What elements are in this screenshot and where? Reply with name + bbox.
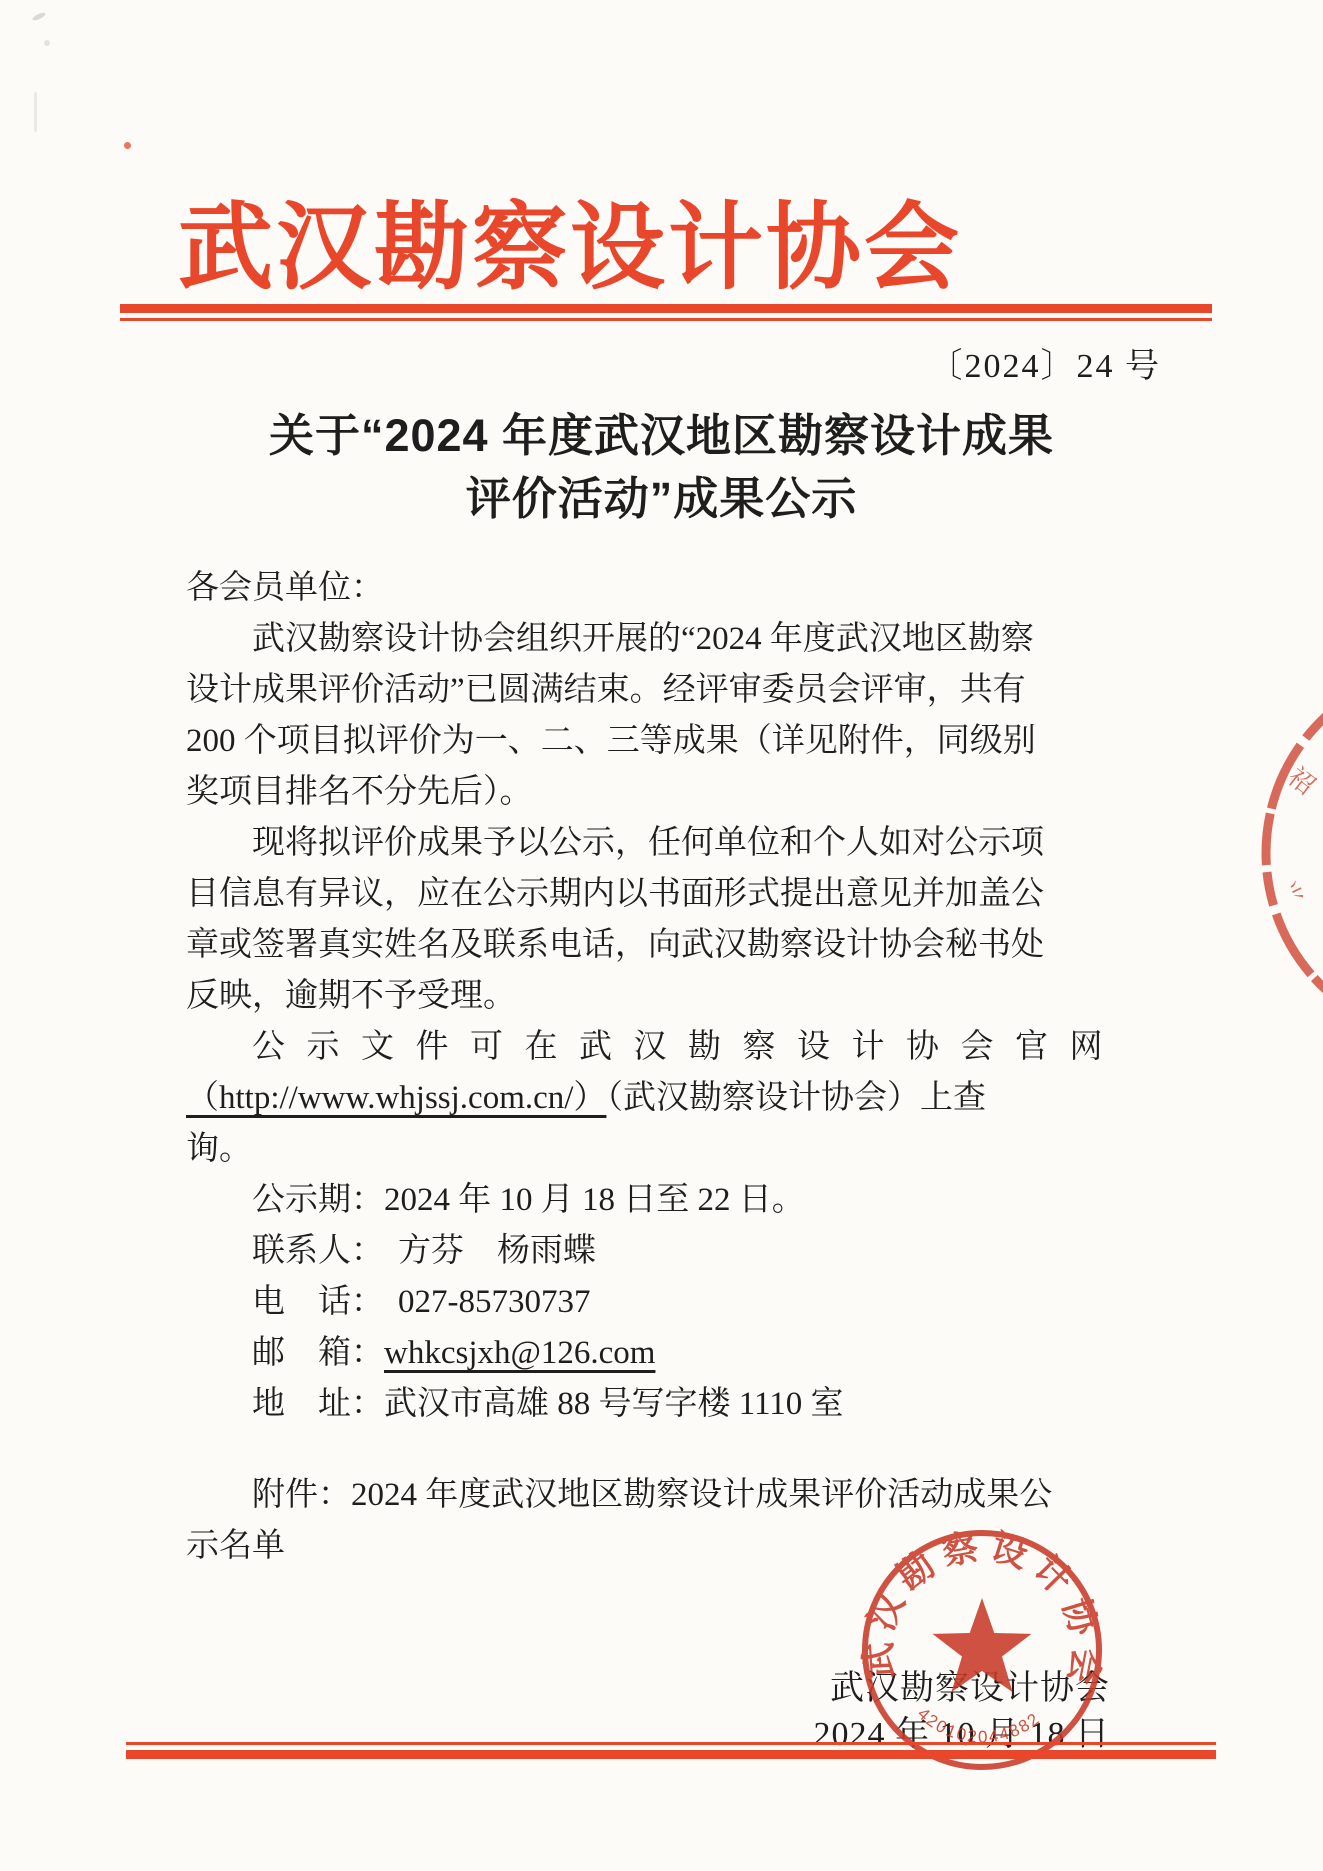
address-line: 地 址：武汉市高雄 88 号写字楼 1110 室 xyxy=(186,1379,1138,1430)
contact-person-label: 联系人： xyxy=(252,1233,384,1269)
website-line-rest: （武汉勘察设计协会）上查 xyxy=(606,1080,986,1116)
partial-seal-stamp: 祒 ⺌ xyxy=(1200,668,1323,1028)
body-line: 反映，逾期不予受理。 xyxy=(186,971,1138,1022)
seal-number: 420102044882 xyxy=(914,1704,1044,1747)
letterhead-rule-thin xyxy=(120,318,1212,321)
email-link[interactable]: whkcsjxh@126.com xyxy=(384,1335,655,1371)
body-line: 目信息有异议，应在公示期内以书面形式提出意见并加盖公 xyxy=(186,869,1138,920)
phone-line: 电 话：027-85730737 xyxy=(186,1277,1138,1328)
address-value: 武汉市高雄 88 号写字楼 1110 室 xyxy=(384,1386,844,1422)
scan-speck xyxy=(34,92,37,132)
footer-rule-thick xyxy=(126,1750,1216,1759)
body-line: 200 个项目拟评价为一、二、三等成果（详见附件，同级别 xyxy=(186,716,1138,767)
body-line-website: （http://www.whjssj.com.cn/）（武汉勘察设计协会）上查 xyxy=(186,1073,1138,1124)
body-line: 设计成果评价活动”已圆满结束。经评审委员会评审，共有 xyxy=(186,665,1138,716)
address-label: 地 址： xyxy=(252,1386,384,1422)
doc-title: 关于“2024 年度武汉地区勘察设计成果 评价活动”成果公示 xyxy=(0,404,1323,530)
scanned-document-page: 武汉勘察设计协会 〔2024〕24 号 关于“2024 年度武汉地区勘察设计成果… xyxy=(0,0,1323,1871)
email-label: 邮 箱： xyxy=(252,1335,384,1371)
body-line: 询。 xyxy=(186,1124,1138,1175)
doc-title-line1: 关于“2024 年度武汉地区勘察设计成果 xyxy=(0,404,1323,467)
body-line: 章或签署真实姓名及联系电话，向武汉勘察设计协会秘书处 xyxy=(186,920,1138,971)
email-line: 邮 箱：whkcsjxh@126.com xyxy=(186,1328,1138,1379)
scan-speck xyxy=(44,40,50,46)
body-line: 武汉勘察设计协会组织开展的“2024 年度武汉地区勘察 xyxy=(186,614,1138,665)
body-line-justified: 公示文件可在武汉勘察设计协会官网 xyxy=(186,1022,1138,1073)
phone-label: 电 话： xyxy=(252,1284,384,1320)
seal-star-icon xyxy=(933,1598,1032,1692)
partial-seal-glyph: ⺌ xyxy=(1273,877,1308,910)
letterhead-org-title: 武汉勘察设计协会 xyxy=(178,172,962,308)
letterhead-rule-thick xyxy=(120,304,1212,313)
scan-speck xyxy=(32,11,47,21)
scan-speck xyxy=(124,142,131,149)
publicity-period-line: 公示期：2024 年 10 月 18 日至 22 日。 xyxy=(186,1175,1138,1226)
partial-seal-ring xyxy=(1266,668,1323,1028)
body-line: 奖项目排名不分先后）。 xyxy=(186,767,1138,818)
phone-value: 027-85730737 xyxy=(398,1284,591,1320)
official-seal-stamp: 武汉勘察设计协会 420102044882 xyxy=(822,1490,1142,1810)
body-line: 现将拟评价成果予以公示，任何单位和个人如对公示项 xyxy=(186,818,1138,869)
contact-person-names: 方芬 杨雨蝶 xyxy=(398,1233,596,1269)
doc-number: 〔2024〕24 号 xyxy=(929,338,1162,387)
salutation: 各会员单位： xyxy=(186,563,1138,614)
website-link[interactable]: （http://www.whjssj.com.cn/） xyxy=(186,1080,606,1116)
body-text: 各会员单位： 武汉勘察设计协会组织开展的“2024 年度武汉地区勘察 设计成果评… xyxy=(186,563,1138,1572)
doc-title-line2: 评价活动”成果公示 xyxy=(0,467,1323,530)
contact-person-line: 联系人：方芬 杨雨蝶 xyxy=(186,1226,1138,1277)
footer-rule-thin xyxy=(126,1742,1216,1745)
